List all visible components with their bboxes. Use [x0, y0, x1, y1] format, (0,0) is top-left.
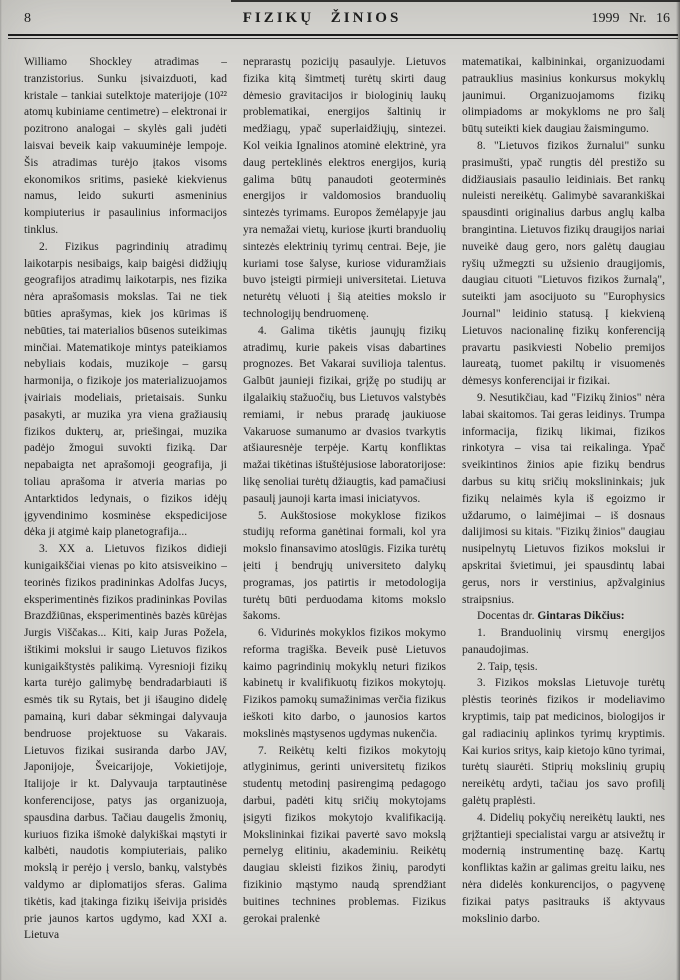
paragraph: 1. Branduolinių virsmų energijos panaudo… — [462, 625, 665, 659]
byline-name: Gintaras Dikčius: — [537, 610, 624, 622]
paragraph: 4. Didelių pokyčių nereikėtų laukti, nes… — [462, 810, 665, 928]
article-body: Williamo Shockley atradimas – tranzistor… — [0, 39, 680, 966]
byline: Docentas dr. Gintaras Dikčius: — [462, 608, 665, 625]
journal-title: FIZIKŲ ŽINIOS — [94, 10, 550, 27]
page-header: 8 FIZIKŲ ŽINIOS 1999 Nr. 16 — [0, 0, 680, 27]
paragraph: 6. Vidurinės mokyklos fizikos mokymo ref… — [243, 625, 446, 743]
column-2: neprarastų pozicijų pasaulyje. Lietuvos … — [243, 54, 446, 966]
paragraph: 7. Reikėtų kelti fizikos mokytojų atlygi… — [243, 743, 446, 928]
scan-edge-right — [676, 0, 680, 980]
paragraph: neprarastų pozicijų pasaulyje. Lietuvos … — [243, 54, 446, 323]
paragraph: 3. XX a. Lietuvos fizikos didieji kuniga… — [24, 541, 227, 944]
paragraph: Williamo Shockley atradimas – tranzistor… — [24, 54, 227, 239]
paragraph: 3. Fizikos mokslas Lietuvoje turėtų plės… — [462, 675, 665, 809]
paragraph: 8. "Lietuvos fizikos žurnalui" sunku pra… — [462, 138, 665, 390]
issue-label: 1999 Nr. 16 — [550, 11, 670, 27]
paragraph: 9. Nesutikčiau, kad "Fizikų žinios" nėra… — [462, 390, 665, 608]
paragraph: 2. Fizikus pagrindinių atradimų laikotar… — [24, 239, 227, 541]
paragraph: matematikai, kalbininkai, organizuodami … — [462, 54, 665, 138]
column-1: Williamo Shockley atradimas – tranzistor… — [24, 54, 227, 966]
column-3: matematikai, kalbininkai, organizuodami … — [462, 54, 665, 966]
paragraph: 5. Aukštosiose mokyklose fizikos studijų… — [243, 508, 446, 626]
scanned-journal-page: 8 FIZIKŲ ŽINIOS 1999 Nr. 16 Williamo Sho… — [0, 0, 680, 980]
byline-prefix: Docentas dr. — [477, 610, 537, 622]
paragraph: 2. Taip, tęsis. — [462, 659, 665, 676]
scan-edge-left — [0, 0, 2, 980]
scan-edge-top — [231, 0, 680, 2]
page-number: 8 — [24, 11, 94, 27]
paragraph: 4. Galima tikėtis jaunųjų fizikų atradim… — [243, 323, 446, 508]
